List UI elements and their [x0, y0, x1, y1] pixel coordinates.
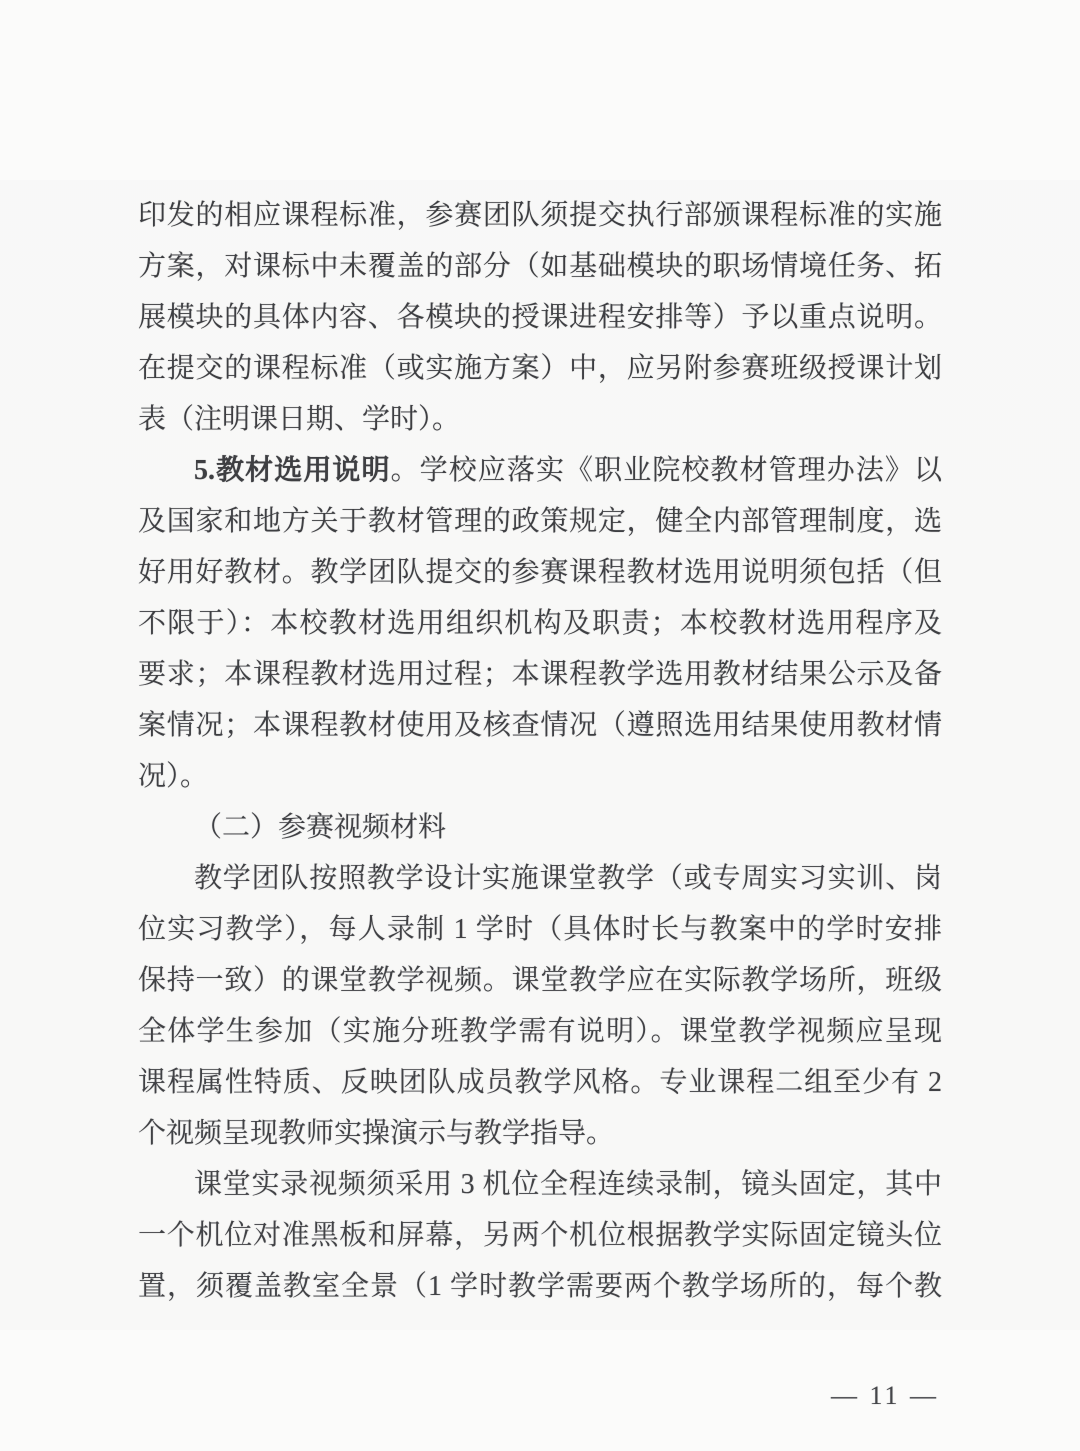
text-line: 况）。 [138, 751, 942, 802]
bold-run: 5.教材选用说明 [194, 455, 391, 486]
text-line: 表（注明课日期、学时）。 [138, 394, 942, 445]
text-line: 5.教材选用说明。学校应落实《职业院校教材管理办法》以 [138, 445, 942, 496]
text-line: 印发的相应课程标准，参赛团队须提交执行部颁课程标准的实施 [138, 190, 942, 241]
text-line: 案情况；本课程教材使用及核查情况（遵照选用结果使用教材情 [138, 700, 942, 751]
text-block: 印发的相应课程标准，参赛团队须提交执行部颁课程标准的实施方案，对课标中未覆盖的部… [138, 190, 942, 1312]
text-line: 课程属性特质、反映团队成员教学风格。专业课程二组至少有 2 [138, 1057, 942, 1108]
text-line: 不限于）：本校教材选用组织机构及职责；本校教材选用程序及 [138, 598, 942, 649]
text-line: 要求；本课程教材选用过程；本课程教学选用教材结果公示及备 [138, 649, 942, 700]
text-line: 方案，对课标中未覆盖的部分（如基础模块的职场情境任务、拓 [138, 241, 942, 292]
page-number: — 11 — [820, 1381, 950, 1411]
text-line: 好用好教材。教学团队提交的参赛课程教材选用说明须包括（但 [138, 547, 942, 598]
text-line: 置，须覆盖教室全景（1 学时教学需要两个教学场所的，每个教 [138, 1261, 942, 1312]
text-line: 课堂实录视频须采用 3 机位全程连续录制，镜头固定，其中 [138, 1159, 942, 1210]
text-line: 一个机位对准黑板和屏幕，另两个机位根据教学实际固定镜头位 [138, 1210, 942, 1261]
text-line: 展模块的具体内容、各模块的授课进程安排等）予以重点说明。 [138, 292, 942, 343]
text-line: 位实习教学），每人录制 1 学时（具体时长与教案中的学时安排 [138, 904, 942, 955]
section-heading: （二）参赛视频材料 [138, 802, 942, 853]
text-line: 教学团队按照教学设计实施课堂教学（或专周实习实训、岗 [138, 853, 942, 904]
text-line: 及国家和地方关于教材管理的政策规定，健全内部管理制度，选 [138, 496, 942, 547]
text-line: 在提交的课程标准（或实施方案）中，应另附参赛班级授课计划 [138, 343, 942, 394]
text-line: 保持一致）的课堂教学视频。课堂教学应在实际教学场所，班级 [138, 955, 942, 1006]
text-line: 个视频呈现教师实操演示与教学指导。 [138, 1108, 942, 1159]
document-page: 印发的相应课程标准，参赛团队须提交执行部颁课程标准的实施方案，对课标中未覆盖的部… [0, 0, 1080, 1451]
text-line: 全体学生参加（实施分班教学需有说明）。课堂教学视频应呈现 [138, 1006, 942, 1057]
